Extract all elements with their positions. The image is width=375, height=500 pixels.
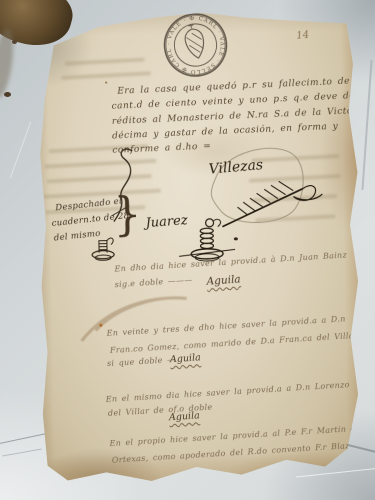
- table-scratch: [2, 449, 42, 457]
- entry-line: si que doble —: [107, 355, 176, 368]
- folio-number: 14: [296, 30, 310, 42]
- seal-inscription: ✠ CARL · VALE · SELLO ✠ CARL · VALE · SE…: [150, 0, 231, 82]
- table-scratch: [10, 122, 31, 179]
- manuscript-page: ✠ CARL · VALE · SELLO ✠ CARL · VALE · SE…: [34, 7, 364, 485]
- paper-speck: [99, 324, 102, 327]
- table-scratch: [296, 468, 375, 478]
- notarial-sign-icon: [88, 227, 119, 262]
- bleed-through-text: [43, 189, 161, 199]
- clerk-signature: Aguila: [170, 352, 202, 365]
- svg-text:✠ CARL · VALE · SELLO ✠ CARL ·: ✠ CARL · VALE · SELLO ✠ CARL · VALE · SE…: [150, 0, 231, 82]
- ink-blot: [234, 237, 238, 240]
- table-scratch: [361, 60, 372, 190]
- clerk-signature: Aguila: [169, 410, 201, 423]
- debris-speck: [12, 40, 17, 44]
- paper-speck: [105, 82, 107, 84]
- entry-line: sig.e doble ———: [114, 275, 192, 289]
- bleed-through-text: [65, 58, 145, 66]
- debris-speck: [4, 92, 11, 97]
- faded-flourish: [75, 288, 208, 346]
- clerk-signature: Aguila: [206, 273, 241, 287]
- entry-line: En el mismo dia hice saver la provid.a a…: [106, 380, 350, 404]
- photo-of-manuscript: ✠ CARL · VALE · SELLO ✠ CARL · VALE · SE…: [0, 0, 375, 500]
- official-seal-icon: ✠ CARL · VALE · SELLO ✠ CARL · VALE · SE…: [154, 3, 238, 87]
- bleed-through-text: [61, 71, 151, 80]
